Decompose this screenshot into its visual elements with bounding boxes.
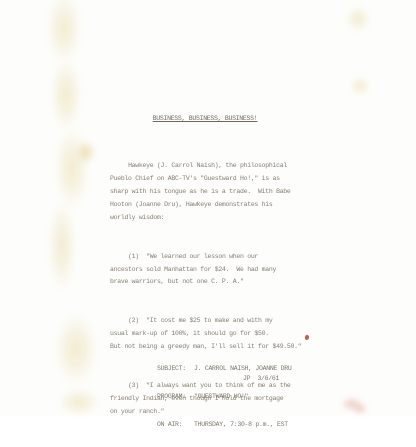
document-title: BUSINESS, BUSINESS, BUSINESS! — [0, 112, 416, 125]
credit-value: J. CARROL NAISH, JOANNE DRU — [194, 365, 292, 372]
paper-stain — [48, 200, 76, 292]
paper-stain — [346, 6, 370, 32]
credit-label: SUBJECT: — [157, 364, 194, 373]
paper-stain — [46, 0, 82, 64]
credit-label: PROGRAM: — [157, 392, 194, 401]
credit-value: "GUESTWARD HO!" — [194, 393, 248, 400]
paper-stain — [58, 388, 100, 416]
paper-stain — [54, 312, 98, 386]
paper-stain — [350, 76, 370, 96]
scanned-press-release-page: BUSINESS, BUSINESS, BUSINESS! Hawkeye (J… — [0, 0, 416, 416]
intro-paragraph: Hawkeye (J. Carrol Naish), the philosoph… — [110, 160, 350, 225]
credit-row-program: PROGRAM:"GUESTWARD HO!" — [157, 392, 357, 401]
typist-date-stamp: JP 3/6/61 — [243, 374, 279, 383]
quote-1-paragraph: (1) "We learned our lesson when our ance… — [110, 251, 350, 290]
credit-row-subject: SUBJECT:J. CARROL NAISH, JOANNE DRU — [157, 364, 357, 373]
paper-stain — [54, 126, 90, 210]
paper-stain — [76, 140, 96, 164]
